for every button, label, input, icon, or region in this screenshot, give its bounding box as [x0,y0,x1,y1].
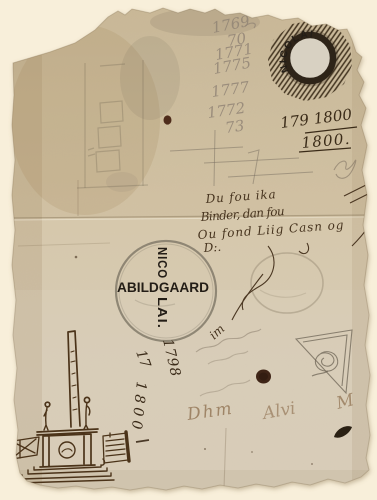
pencil-year: 73 [224,116,245,136]
dot-core [259,373,268,381]
abildgaard-vertical-bottom: LAI. [155,297,170,329]
artwork-scan: 1769 70 1771 1775 1777 1772 73 [0,0,377,500]
script-line: D:. [202,240,221,255]
speck [311,463,313,465]
speck [251,451,253,453]
speck [204,448,206,450]
abildgaard-vertical-top: NICO [155,247,170,279]
document-sheet-svg: 1769 70 1771 1775 1777 1772 73 [0,0,377,500]
small-brown-dot [164,115,172,124]
abildgaard-horizontal-text: ABILDGAARD [117,279,209,295]
speck [75,256,78,259]
abildgaard-stamp: ABILDGAARD NICO LAI. [116,241,216,341]
paper-contents: 1769 70 1771 1775 1777 1772 73 [10,0,372,500]
